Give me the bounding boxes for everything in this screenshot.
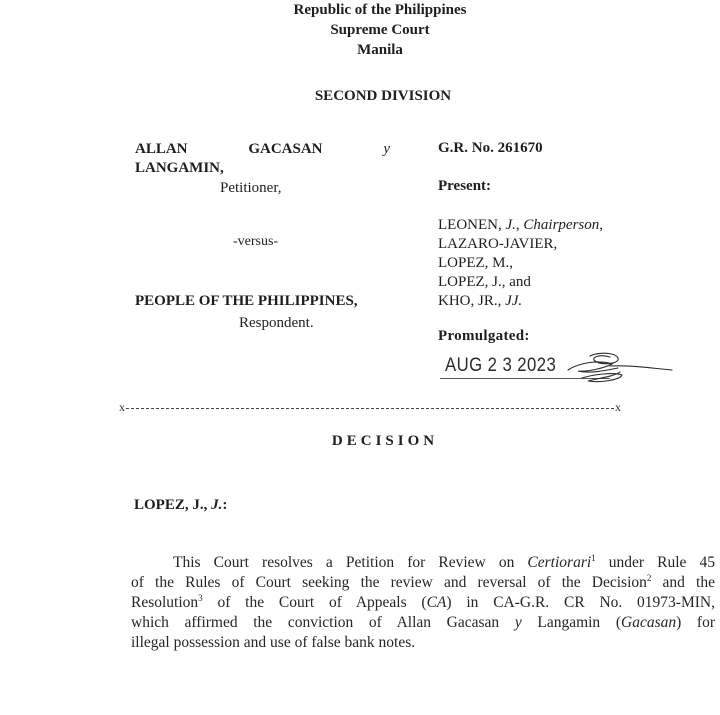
separator-dashes — [126, 408, 614, 409]
body-text: and the — [651, 574, 715, 591]
justice-entry: LAZARO-JAVIER, — [438, 235, 603, 254]
ponente-suffix: : — [222, 497, 227, 513]
case-number: G.R. No. 261670 — [438, 140, 543, 157]
versus-label: -versus- — [233, 234, 278, 250]
header-city: Manila — [0, 40, 720, 60]
body-line: of the Rules of Court seeking the review… — [131, 573, 715, 593]
ponente-title: J. — [211, 497, 222, 513]
promulgated-label: Promulgated: — [438, 328, 530, 345]
court-header: Republic of the Philippines Supreme Cour… — [0, 0, 720, 60]
body-text: under Rule 45 — [596, 554, 715, 571]
justice-title: J. — [506, 217, 516, 233]
justice-role: Chairperson — [523, 217, 599, 233]
petitioner-name-line1: ALLAN GACASAN y — [135, 140, 390, 159]
petitioner-role: Petitioner, — [220, 180, 281, 197]
petitioner-first-name: ALLAN — [135, 140, 188, 159]
justice-entry: KHO, JR., JJ. — [438, 292, 603, 311]
header-court: Supreme Court — [0, 20, 720, 40]
separator-left-x: x — [119, 400, 125, 415]
justice-entry: LOPEZ, J., and — [438, 273, 603, 292]
respondent-name: PEOPLE OF THE PHILIPPINES, — [135, 293, 358, 310]
division-heading: SECOND DIVISION — [0, 88, 720, 105]
body-text: which affirmed the conviction of Allan G… — [131, 614, 515, 631]
promulgation-date-stamp: AUG 2 3 2023 — [445, 355, 556, 377]
body-line: illegal possession and use of false bank… — [131, 633, 715, 653]
body-italic: y — [515, 614, 522, 631]
header-republic: Republic of the Philippines — [0, 0, 720, 20]
body-text: ) for — [676, 614, 715, 631]
body-italic: Gacasan — [621, 614, 676, 631]
present-label: Present: — [438, 178, 491, 195]
petitioner-connector: y — [383, 140, 390, 159]
body-text: Langamin ( — [522, 614, 621, 631]
justice-suffix: , — [599, 217, 603, 233]
justice-entry: LEONEN, J., Chairperson, — [438, 216, 603, 235]
decision-body-paragraph: This Court resolves a Petition for Revie… — [131, 553, 715, 653]
justice-name: LEONEN, — [438, 217, 506, 233]
body-text: of the Court of Appeals ( — [203, 594, 427, 611]
body-line: which affirmed the conviction of Allan G… — [131, 613, 715, 633]
justice-title: JJ. — [505, 293, 522, 309]
separator-right-x: x — [615, 400, 621, 415]
petitioner-surname: GACASAN — [248, 140, 322, 159]
body-text: ) in CA-G.R. CR No. 01973-MIN, — [446, 594, 715, 611]
body-text: This Court resolves a Petition for Revie… — [173, 554, 527, 571]
body-line: Resolution3 of the Court of Appeals (CA)… — [131, 593, 715, 613]
justices-list: LEONEN, J., Chairperson, LAZARO-JAVIER, … — [438, 216, 603, 311]
body-text: illegal possession and use of false bank… — [131, 634, 415, 651]
ponente-name: LOPEZ, J., — [134, 497, 211, 513]
decision-title: DECISION — [0, 433, 720, 450]
justice-name: LOPEZ, M., — [438, 255, 513, 271]
caption-separator: x x — [119, 400, 621, 415]
justice-name: KHO, JR., — [438, 293, 505, 309]
body-text: Resolution — [131, 594, 198, 611]
body-italic: Certiorari — [527, 554, 591, 571]
signature-icon — [560, 348, 675, 388]
justice-entry: LOPEZ, M., — [438, 254, 603, 273]
body-text: of the Rules of Court seeking the review… — [131, 574, 647, 591]
ponente: LOPEZ, J., J.: — [134, 497, 227, 514]
body-italic: CA — [427, 594, 447, 611]
justice-name: LAZARO-JAVIER, — [438, 236, 557, 252]
petitioner-name-line2: LANGAMIN, — [135, 159, 224, 178]
justice-name: LOPEZ, J., and — [438, 274, 531, 290]
body-line: This Court resolves a Petition for Revie… — [131, 553, 715, 573]
respondent-role: Respondent. — [239, 315, 314, 332]
